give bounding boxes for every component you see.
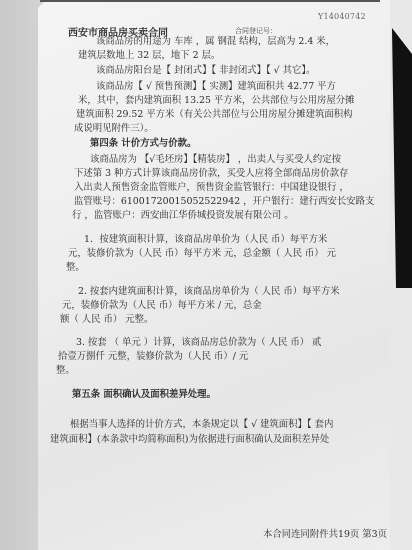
contract-text-line: 下述第 3 种方式计算该商品房价款，买受人应将全部商品房价款存	[74, 168, 348, 180]
contract-text-line: 1．按建筑面积计算，该商品房单价为（人民 币）每平方米	[84, 234, 327, 246]
contract-text-line: 建筑层数地上 32 层，地下 2 层。	[78, 50, 220, 62]
contract-text-line: 建筑面积 29.52 平方米（有关公共部位与公用房屋分摊建筑面积构	[76, 109, 353, 121]
page-top-edge	[40, 0, 380, 2]
contract-text-line: 额（ 人民 币） 元整。	[60, 314, 153, 326]
contract-text-line: 整。	[66, 262, 85, 274]
page-footer: 本合同连同附件共19页 第3页	[263, 526, 387, 540]
document-id: Y14040742	[318, 12, 366, 21]
contract-text-line: 监管账号：61001720015052522942 ，开户银行：建行西安长安路支	[74, 196, 374, 208]
section-heading: 第五条 面积确认及面积差异处理。	[72, 389, 216, 401]
contract-text-line: 拾壹万捌仟 元整，装修价款为（人民 币）/ 元	[58, 351, 248, 363]
registration-number-label: 合同登记号：	[235, 26, 277, 36]
section-heading: 第四条 计价方式与价款。	[90, 138, 196, 150]
contract-text-line: 该商品房的用途为 车库 ，属 钢混 结构，层高为 2.4 米，	[96, 36, 335, 48]
contract-text-line: 该商品房阳台是【 封闭式】【 非封闭式】【 √ 其它】。	[96, 65, 315, 77]
contract-text-line: 元，装修价款为（人民 币）每平方米 元，总金额（ 人民 币） 元	[68, 248, 336, 260]
contract-text-line: 该商品房为 【√毛坯房】【精装房】 ，出卖人与买受人约定按	[90, 154, 341, 166]
contract-text-line: 元，装修价款为（人民 币）每平方米 / 元，总金	[62, 300, 262, 312]
contract-text-line: 行 ，监管账户：西安曲江华侨城投资发展有限公司 。	[72, 210, 294, 222]
contract-text-line: 根据当事人选择的计价方式，本条规定以【 √ 建筑面积】【 套内	[70, 419, 333, 431]
contract-text-line: 整。	[56, 365, 75, 377]
contract-text-line: 建筑面积】(本条款中均简称面积)为依据进行面积确认及面积差异处	[50, 434, 329, 446]
contract-text-line: 入出卖人预售资金监管账户，预售资金监管银行：中国建设银行 ，	[74, 182, 349, 194]
contract-text-line: 米，其中，套内建筑面积 13.25 平方米，公共部位与公用房屋分摊	[78, 95, 355, 107]
contract-text-line: 成说明见附件三）。	[74, 123, 154, 135]
contract-text-line: 该商品房【 √ 预售预测】【 实测】建筑面积共 42.77 平方	[96, 81, 336, 93]
contract-text-line: 2. 按套内建筑面积计算，该商品房单价为（ 人民 币）每平方米	[78, 286, 340, 298]
contract-text-line: 3. 按套 （ 单元 ）计算，该商品房总价款为（ 人民 币） 贰	[76, 337, 321, 349]
